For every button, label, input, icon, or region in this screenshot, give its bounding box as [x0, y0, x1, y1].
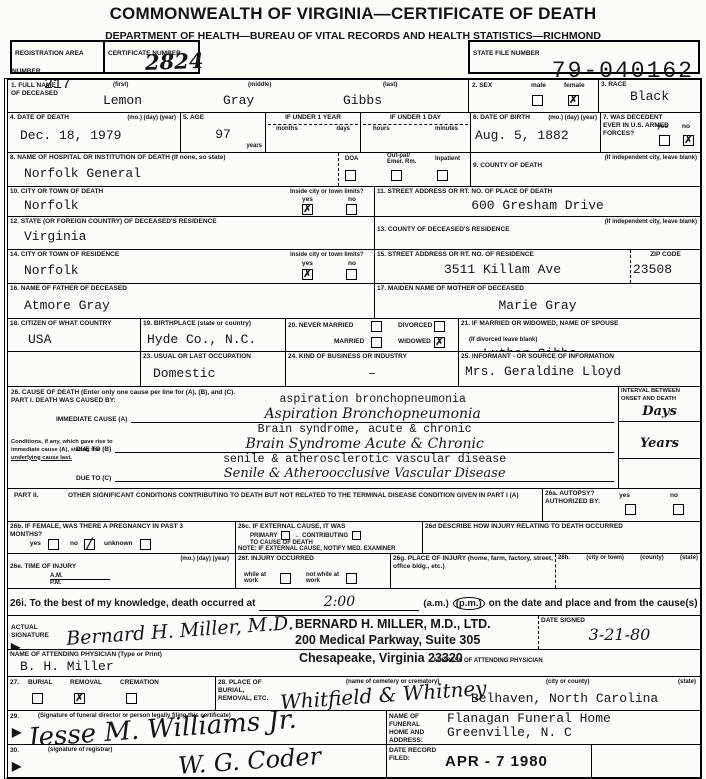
registrar-num: 30. [10, 747, 19, 754]
date-signed-value: 3-21-80 [541, 625, 698, 644]
injury-location-field: 26h. (city or town) (county) (state) [555, 554, 700, 588]
burial-place-label: 28. PLACE OF BURIAL, REMOVAL, ETC. [218, 679, 278, 703]
under-1-year-field: IF UNDER 1 YEAR months days [265, 113, 360, 152]
middle-sub-label: (middle) [248, 82, 271, 88]
residence-city-label: 14. CITY OR TOWN OF RESIDENCE [10, 251, 288, 259]
sex-female-label: female [564, 82, 585, 89]
residence-state-label: 12. STATE (OR FOREIGN COUNTRY) OF DECEAS… [10, 218, 372, 226]
cause-line-b: DUE TO (B) Brain syndrome, acute & chron… [38, 423, 614, 453]
date-filed-value: APR - 7 1980 [445, 753, 548, 770]
street-of-death-field: 11. STREET ADDRESS OR RT. NO. OF PLACE O… [374, 187, 700, 216]
sex-field: 2. SEX male female ✗ [468, 80, 598, 112]
burial-checkbox [32, 693, 43, 704]
injury-time-sub: (mo.) (day) (year) [180, 556, 229, 562]
zip-label: ZIP CODE [633, 251, 698, 259]
injury-place-label: 26g. PLACE OF INJURY (home, farm, factor… [393, 555, 553, 571]
certificate-form: 1. FULL NAME OF DECEASED (first) (middle… [4, 78, 702, 779]
death-certificate-page: COMMONWEALTH OF VIRGINIA—CERTIFICATE OF … [0, 0, 706, 779]
date-of-death-field: 4. DATE OF DEATH (mo.) (day) (year) Dec.… [8, 113, 180, 152]
citizen-label: 18. CITIZEN OF WHAT COUNTRY [10, 320, 138, 328]
widowed-checkbox: ✗ [434, 337, 445, 348]
burial-state-note: (state) [678, 679, 696, 685]
death-time-value: 2:00 [259, 594, 419, 611]
birthplace-label: 19. BIRTHPLACE (state or country) [143, 320, 283, 328]
injury-location-labels: 26h. (city or town) (county) (state) [558, 555, 698, 561]
header-boxes: REGISTRATION AREA NUMBER 217 CERTIFICATE… [0, 40, 706, 76]
bottom-blank-cell [591, 745, 700, 777]
injury-description-field: 26d DESCRIBE HOW INJURY RELATING TO DEAT… [422, 522, 700, 553]
father-field: 16. NAME OF FATHER OF DECEASED Atmore Gr… [8, 284, 374, 318]
inpatient-label: Inpatient [435, 156, 460, 162]
row-residence-city: 14. CITY OR TOWN OF RESIDENCE Norfolk in… [8, 250, 700, 284]
autopsy-yes-label: yes [619, 492, 630, 499]
row-occupation: 23. USUAL OR LAST OCCUPATION Domestic 24… [8, 352, 700, 387]
race-field: 3. RACE Black [598, 80, 700, 112]
residence-state-value: Virginia [24, 229, 372, 244]
residence-county-field: 13. COUNTY OF DECEASED'S RESIDENCE (If i… [374, 217, 700, 249]
date-of-death-value: Dec. 18, 1979 [20, 128, 178, 143]
part2-field: PART II. OTHER SIGNIFICANT CONDITIONS CO… [8, 489, 542, 521]
city-limits-death-field: Inside city or town limits? yes no ✗ [290, 187, 374, 216]
due-to-c-label: DUE TO (C) [76, 475, 115, 482]
days-label: days [336, 126, 350, 132]
sex-male-label: male [531, 82, 546, 89]
funeral-director-num: 29. [10, 713, 19, 720]
outpatient-checkbox [391, 170, 402, 181]
armed-forces-field: 7. WAS DECEDENT EVER IN U.S. ARMED FORCE… [600, 113, 700, 152]
interval-b-value: Years [619, 422, 700, 459]
occupation-field: 23. USUAL OR LAST OCCUPATION Domestic [140, 352, 285, 386]
hospital-value: Norfolk General [24, 166, 336, 181]
row-parents: 16. NAME OF FATHER OF DECEASED Atmore Gr… [8, 284, 700, 319]
row-funeral-director: 29. (Signature of funeral director or pe… [8, 711, 700, 745]
row-citizen-marital: 18. CITIZEN OF WHAT COUNTRY USA 19. BIRT… [8, 319, 700, 352]
row-part2-autopsy: PART II. OTHER SIGNIFICANT CONDITIONS CO… [8, 489, 700, 522]
outpatient-label: Out-pat/ Emer. Rm. [387, 153, 417, 165]
date-filed-label: DATE RECORD FILED: [389, 747, 439, 763]
divorced-checkbox [434, 321, 445, 332]
certify-rest-label: on the date and place and from the cause… [489, 598, 700, 609]
interval-column: INTERVAL BETWEEN ONSET AND DEATH Days Ye… [618, 387, 700, 488]
hospital-status-checkboxes: DOA Out-pat/ Emer. Rm. Inpatient [338, 153, 470, 186]
mother-value: Marie Gray [377, 298, 698, 313]
residence-limits-field: inside city or town limits? yes no ✗ [290, 250, 374, 283]
marital-status-field: 20. NEVER MARRIED DIVORCED MARRIED WIDOW… [285, 319, 458, 351]
date-filed-field: DATE RECORD FILED: APR - 7 1980 [386, 745, 591, 777]
disposition-num: 27. [10, 679, 19, 686]
certificate-number-cell: CERTIFICATE NUMBER 2824 [103, 42, 198, 72]
cause-c-handwritten: Senile & Atheroocclusive Vascular Diseas… [115, 466, 614, 481]
limits-death-no-checkbox [346, 204, 357, 215]
signature-arrow-icon: ▶ [11, 640, 20, 649]
birthplace-field: 19. BIRTHPLACE (state or country) Hyde C… [140, 319, 285, 351]
age-label: 5. AGE [183, 114, 263, 122]
while-at-work-label: while at work [244, 572, 272, 584]
occupation-value: Domestic [153, 366, 283, 381]
burial-city-note: (city or county) [546, 679, 589, 685]
autopsy-field: 26a. AUTOPSY? AUTHORIZED BY: yes no [542, 489, 700, 521]
date-signed-label: DATE SIGNED [541, 617, 698, 625]
residence-limits-label: inside city or town limits? [290, 252, 364, 258]
first-name-value: Lemon [103, 93, 142, 108]
cremation-label: CREMATION [120, 679, 159, 686]
middle-name-value: Gray [223, 93, 254, 108]
last-sub-label: (last) [383, 82, 397, 88]
residence-street-label: 15. STREET ADDRESS OR RT. NO. OF RESIDEN… [377, 251, 628, 259]
removal-label: REMOVAL [70, 679, 102, 686]
sex-female-checkbox: ✗ [568, 95, 579, 106]
industry-field: 24. KIND OF BUSINESS OR INDUSTRY – [285, 352, 458, 386]
physician-address-field: ADDRESS OF ATTENDING PHYSICIAN Chesapeak… [293, 650, 700, 676]
certificate-number-value: 2824 [145, 48, 199, 75]
external-options: PRIMARY ← CONTRIBUTING [250, 531, 420, 540]
under-1-day-label: IF UNDER 1 DAY [363, 114, 468, 125]
cause-line-a-entry: aspiration bronchopneumonia Aspiration B… [131, 393, 614, 423]
autopsy-no-label: no [670, 492, 678, 499]
under-1-year-cols: months days [268, 125, 358, 133]
limits-death-yes-label: yes [302, 196, 313, 203]
row-registrar: 30. (signature of registrar) ▶ W. G. Cod… [8, 745, 700, 777]
father-label: 16. NAME OF FATHER OF DECEASED [10, 285, 372, 293]
injury-loc-state-label: (state) [680, 555, 698, 561]
cause-of-death-section: 26. CAUSE OF DEATH (Enter only one cause… [8, 387, 700, 489]
date-of-birth-sub: (mo.) (day) (year) [548, 115, 597, 121]
burial-city-value: Belhaven, North Carolina [471, 691, 658, 706]
external-primary-label: PRIMARY [250, 533, 277, 539]
physician-stamp: BERNARD H. MILLER, M.D., LTD. 200 Medica… [293, 616, 538, 649]
race-label: 3. RACE [601, 81, 698, 89]
part2-text: OTHER SIGNIFICANT CONDITIONS CONTRIBUTIN… [68, 490, 540, 520]
row-name-sex-race: 1. FULL NAME OF DECEASED (first) (middle… [8, 80, 700, 113]
pregnancy-unknown-label: unknown [104, 540, 133, 547]
sex-male-checkbox [532, 95, 543, 106]
date-of-birth-value: Aug. 5, 1882 [475, 128, 598, 143]
industry-value: – [288, 366, 456, 381]
residence-county-label: 13. COUNTY OF DECEASED'S RESIDENCE [377, 226, 510, 233]
widowed-checkmark: ✗ [435, 338, 443, 348]
registration-certificate-box: REGISTRATION AREA NUMBER 217 CERTIFICATE… [10, 40, 200, 74]
external-contributing-checkbox [352, 531, 361, 540]
stamp-line-1: BERNARD H. MILLER, M.D., LTD. [295, 617, 536, 633]
burial-label: BURIAL [28, 679, 53, 686]
cause-a-handwritten: Aspiration Bronchopneumonia [131, 406, 614, 422]
mother-label: 17. MAIDEN NAME OF MOTHER OF DECEASED [377, 285, 698, 293]
funeral-home-label: NAME OF FUNERAL HOME AND ADDRESS: [389, 713, 439, 744]
injury-description-label: 26d DESCRIBE HOW INJURY RELATING TO DEAT… [425, 523, 698, 531]
full-name-label: 1. FULL NAME OF DECEASED [11, 82, 66, 98]
race-value: Black [601, 89, 698, 104]
injury-time-label: 26e. TIME OF INJURY [10, 563, 76, 570]
row-injury-details: 26e. TIME OF INJURY (mo.) (day) (year) A… [8, 554, 700, 589]
citizen-value: USA [28, 332, 138, 347]
full-name-field: 1. FULL NAME OF DECEASED (first) (middle… [8, 80, 468, 112]
hours-label: hours [373, 126, 390, 132]
injury-occurred-label: 26f. INJURY OCCURRED [238, 555, 388, 563]
pregnancy-no-checkbox: ╱ [84, 539, 95, 550]
hospital-field: 8. NAME OF HOSPITAL OR INSTITUTION OF DE… [8, 153, 338, 186]
cause-lines: IMMEDIATE CAUSE (A) aspiration bronchopn… [38, 393, 614, 482]
doa-checkbox [345, 170, 356, 181]
residence-city-field: 14. CITY OR TOWN OF RESIDENCE Norfolk [8, 250, 290, 283]
age-field: 5. AGE 97 years [180, 113, 265, 152]
first-sub-label: (first) [113, 82, 128, 88]
armed-forces-no-label: no [682, 123, 690, 130]
removal-checkmark: ✗ [75, 694, 83, 704]
zip-value: 23508 [633, 262, 698, 277]
disposition-field: 27. BURIAL REMOVAL CREMATION ✗ [8, 677, 215, 710]
funeral-home-field: NAME OF FUNERAL HOME AND ADDRESS: Flanag… [386, 711, 700, 744]
row-dates-age: 4. DATE OF DEATH (mo.) (day) (year) Dec.… [8, 113, 700, 153]
cremation-checkbox [126, 693, 137, 704]
residence-limits-yes-label: yes [302, 260, 313, 267]
row-residence-state: 12. STATE (OR FOREIGN COUNTRY) OF DECEAS… [8, 217, 700, 250]
cause-c-typed: senile & atherosclerotic vascular diseas… [115, 453, 614, 466]
cause-line-c-entry: senile & atherosclerotic vascular diseas… [115, 453, 614, 482]
industry-label: 24. KIND OF BUSINESS OR INDUSTRY [288, 353, 456, 361]
burial-place-field: 28. PLACE OF BURIAL, REMOVAL, ETC. (name… [215, 677, 700, 710]
sex-label: 2. SEX [472, 82, 492, 90]
burial-place-handwritten: Whitfield & Whitney [279, 677, 487, 710]
funeral-director-field: 29. (Signature of funeral director or pe… [8, 711, 386, 744]
spouse-note: (If divorced leave blank) [469, 337, 537, 343]
funeral-director-arrow-icon: ▶ [12, 725, 21, 739]
external-cause-label: 26c. IF EXTERNAL CAUSE, IT WAS [238, 523, 420, 531]
age-unit-label: years [246, 143, 262, 149]
armed-forces-no-checkbox: ✗ [683, 135, 694, 146]
residence-street-field: 15. STREET ADDRESS OR RT. NO. OF RESIDEN… [374, 250, 630, 283]
limits-death-yes-checkmark: ✗ [303, 205, 311, 215]
autopsy-no-checkbox [673, 504, 684, 515]
county-of-death-label: 9. COUNTY OF DEATH [473, 162, 542, 169]
state-file-box: STATE FILE NUMBER 79-040162 [468, 40, 700, 74]
external-contributing-label: ← CONTRIBUTING [294, 533, 348, 539]
citizen-field: 18. CITIZEN OF WHAT COUNTRY USA [8, 319, 140, 351]
injury-occurred-field: 26f. INJURY OCCURRED while at work not w… [235, 554, 390, 588]
cause-line-a: IMMEDIATE CAUSE (A) aspiration bronchopn… [38, 393, 614, 423]
county-of-death-field: 9. COUNTY OF DEATH (If independent city,… [470, 153, 700, 186]
row-hospital: 8. NAME OF HOSPITAL OR INSTITUTION OF DE… [8, 153, 700, 187]
registration-area-label: REGISTRATION AREA NUMBER [12, 48, 83, 75]
certify-am-label: (a.m.) [423, 598, 448, 609]
injury-loc-city-label: (city or town) [586, 555, 624, 561]
pregnancy-yes-label: yes [30, 540, 41, 547]
registrar-arrow-icon: ▶ [12, 759, 21, 773]
county-of-death-note: (If independent city, leave blank) [605, 155, 697, 161]
cause-line-c: DUE TO (C) senile & atherosclerotic vasc… [38, 453, 614, 482]
funeral-home-line1: Flanagan Funeral Home [447, 712, 698, 726]
pregnancy-no-checkmark: ╱ [86, 540, 92, 550]
external-note: NOTE: IF EXTERNAL CAUSE, NOTIFY MED. EXA… [238, 546, 420, 552]
city-of-death-field: 10. CITY OR TOWN OF DEATH Norfolk [8, 187, 290, 216]
injury-pm-label: P.M. [50, 579, 110, 586]
spouse-value: Luther Gibbs [483, 346, 698, 351]
residence-limits-yes-checkbox: ✗ [302, 269, 313, 280]
birthplace-value: Hyde Co., N.C. [147, 332, 283, 347]
physician-address-label: ADDRESS OF ATTENDING PHYSICIAN [433, 658, 543, 664]
date-of-death-sub: (mo.) (day) (year) [127, 115, 176, 121]
under-1-year-label: IF UNDER 1 YEAR [268, 114, 358, 125]
limits-death-yes-checkbox: ✗ [302, 204, 313, 215]
registrar-field: 30. (signature of registrar) ▶ W. G. Cod… [8, 745, 386, 777]
informant-field: 25. INFORMANT - OR SOURCE OF INFORMATION… [458, 352, 700, 386]
funeral-home-value: Flanagan Funeral Home Greenville, N. C [447, 712, 698, 741]
row-certify: 26i. To the best of my knowledge, death … [8, 589, 700, 616]
physician-name-value: B. H. Miller [20, 659, 291, 674]
cause-b-typed: Brain syndrome, acute & chronic [115, 423, 614, 436]
due-to-b-label: DUE TO (B) [76, 446, 115, 453]
under-1-day-cols: hours minutes [363, 125, 468, 133]
row-physician: NAME OF ATTENDING PHYSICIAN (Type or Pri… [8, 649, 700, 677]
residence-state-field: 12. STATE (OR FOREIGN COUNTRY) OF DECEAS… [8, 217, 374, 249]
date-signed-field: DATE SIGNED 3-21-80 [538, 616, 700, 649]
certify-label: 26i. To the best of my knowledge, death … [10, 598, 255, 609]
pregnancy-label: 26b. IF FEMALE, WAS THERE A PREGNANCY IN… [10, 523, 190, 539]
residence-limits-no-label: no [348, 260, 356, 267]
funeral-home-line2: Greenville, N. C [447, 726, 698, 740]
informant-label: 25. INFORMANT - OR SOURCE OF INFORMATION [461, 353, 698, 361]
pregnancy-unknown-checkbox [140, 539, 151, 550]
registration-area-cell: REGISTRATION AREA NUMBER 217 [12, 42, 103, 72]
state-file-label: STATE FILE NUMBER [470, 48, 540, 57]
pregnancy-no-label: no [70, 540, 78, 547]
autopsy-yes-checkbox [625, 504, 636, 515]
registrar-signature: W. G. Coder [177, 745, 322, 777]
not-while-at-work-label: not while at work [306, 572, 340, 584]
not-while-at-work-checkbox [346, 573, 357, 584]
physician-name-label: NAME OF ATTENDING PHYSICIAN (Type or Pri… [10, 651, 291, 659]
mother-field: 17. MAIDEN NAME OF MOTHER OF DECEASED Ma… [374, 284, 700, 318]
interval-a-value: Days [619, 404, 700, 422]
removal-checkbox: ✗ [74, 693, 85, 704]
armed-forces-yes-label: yes [657, 123, 668, 130]
row-disposition: 27. BURIAL REMOVAL CREMATION ✗ 28. PLACE… [8, 677, 700, 711]
injury-place-field: 26g. PLACE OF INJURY (home, farm, factor… [390, 554, 555, 588]
part2-num: PART II. [10, 490, 68, 520]
marital-divorced-label: DIVORCED [398, 322, 432, 329]
months-label: months [276, 126, 298, 132]
physician-signature: Bernard H. Miller, M.D. [66, 616, 293, 649]
residence-county-note: (If independent city, leave blank) [605, 219, 697, 225]
injury-loc-num: 26h. [558, 555, 570, 561]
interval-label: INTERVAL BETWEEN ONSET AND DEATH [619, 387, 700, 404]
certify-pm-label-circled: (p.m.) [453, 597, 485, 610]
never-married-checkbox [371, 321, 382, 332]
spouse-field: 21. IF MARRIED OR WIDOWED, NAME OF SPOUS… [458, 319, 700, 351]
certify-field: 26i. To the best of my knowledge, death … [8, 593, 700, 612]
row-signature: ACTUAL SIGNATURE ▶ Bernard H. Miller, M.… [8, 616, 700, 650]
residence-limits-yes-checkmark: ✗ [303, 270, 311, 280]
inpatient-checkbox [437, 170, 448, 181]
immediate-cause-label: IMMEDIATE CAUSE (A) [56, 416, 131, 423]
actual-signature-label: ACTUAL SIGNATURE ▶ [11, 624, 51, 649]
residence-limits-no-checkbox [346, 269, 357, 280]
city-of-death-value: Norfolk [24, 198, 288, 213]
blank-cell [8, 352, 140, 386]
external-cause-field: 26c. IF EXTERNAL CAUSE, IT WAS PRIMARY ←… [235, 522, 422, 553]
cause-b-handwritten: Brain Syndrome Acute & Chronic [115, 436, 614, 452]
city-of-death-label: 10. CITY OR TOWN OF DEATH [10, 188, 288, 196]
physician-name-field: NAME OF ATTENDING PHYSICIAN (Type or Pri… [8, 650, 293, 676]
external-primary-checkbox [281, 531, 290, 540]
sex-female-checkmark: ✗ [569, 96, 577, 106]
registrar-sub: (signature of registrar) [48, 747, 112, 753]
row-city-of-death: 10. CITY OR TOWN OF DEATH Norfolk Inside… [8, 187, 700, 217]
minutes-label: minutes [435, 126, 458, 132]
marital-married-label: MARRIED [334, 338, 364, 345]
document-title: COMMONWEALTH OF VIRGINIA—CERTIFICATE OF … [0, 0, 706, 24]
limits-death-no-label: no [348, 196, 356, 203]
pregnancy-yes-checkbox [48, 539, 59, 550]
father-value: Atmore Gray [24, 298, 372, 313]
marital-widowed-label: WIDOWED [398, 338, 431, 345]
cause-line-b-entry: Brain syndrome, acute & chronic Brain Sy… [115, 423, 614, 453]
street-of-death-value: 600 Gresham Drive [377, 198, 698, 213]
residence-city-value: Norfolk [24, 263, 288, 278]
row-pregnancy-external: 26b. IF FEMALE, WAS THERE A PREGNANCY IN… [8, 522, 700, 554]
armed-forces-no-checkmark: ✗ [684, 136, 692, 146]
doa-label: DOA [345, 156, 358, 162]
city-limits-death-label: Inside city or town limits? [290, 189, 364, 195]
hospital-label: 8. NAME OF HOSPITAL OR INSTITUTION OF DE… [10, 154, 336, 162]
armed-forces-yes-checkbox [659, 135, 670, 146]
injury-loc-county-label: (county) [640, 555, 664, 561]
occupation-label: 23. USUAL OR LAST OCCUPATION [143, 353, 283, 361]
cause-a-typed: aspiration bronchopneumonia [131, 393, 614, 406]
residence-street-value: 3511 Killam Ave [377, 262, 628, 277]
married-checkbox [371, 337, 382, 348]
pregnancy-field: 26b. IF FEMALE, WAS THERE A PREGNANCY IN… [8, 522, 235, 553]
stamp-line-2: 200 Medical Parkway, Suite 305 [295, 633, 536, 649]
under-1-day-field: IF UNDER 1 DAY hours minutes [360, 113, 470, 152]
injury-time-field: 26e. TIME OF INJURY (mo.) (day) (year) A… [8, 554, 235, 588]
informant-value: Mrs. Geraldine Lloyd [465, 364, 698, 379]
street-of-death-label: 11. STREET ADDRESS OR RT. NO. OF PLACE O… [377, 188, 698, 196]
marital-never-label: 20. NEVER MARRIED [288, 322, 353, 329]
age-value: 97 [183, 127, 263, 142]
date-of-birth-field: 6. DATE OF BIRTH (mo.) (day) (year) Aug.… [470, 113, 600, 152]
zip-field: ZIP CODE 23508 [630, 250, 700, 283]
while-at-work-checkbox [280, 573, 291, 584]
last-name-value: Gibbs [343, 93, 382, 108]
actual-signature-field: ACTUAL SIGNATURE ▶ Bernard H. Miller, M.… [8, 616, 293, 649]
spouse-label: 21. IF MARRIED OR WIDOWED, NAME OF SPOUS… [461, 320, 698, 328]
